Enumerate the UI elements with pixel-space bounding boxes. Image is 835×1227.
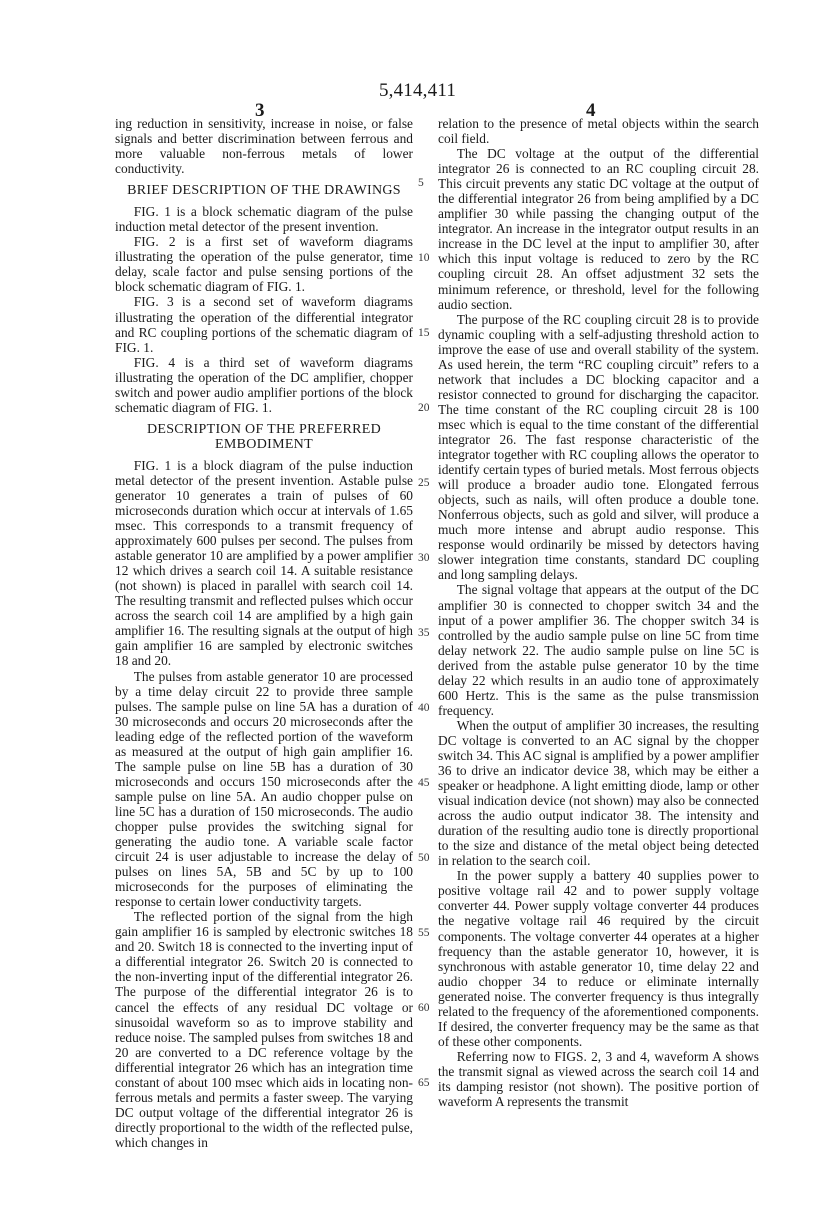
line-number: 55 <box>418 927 430 939</box>
section-heading-preferred-embodiment: DESCRIPTION OF THE PREFERRED EMBODIMENT <box>115 422 413 452</box>
continued-paragraph: ing reduction in sensitivity, increase i… <box>115 116 413 176</box>
body-paragraph: The signal voltage that appears at the o… <box>438 582 759 717</box>
line-number: 5 <box>418 177 424 189</box>
line-number: 20 <box>418 402 430 414</box>
line-number: 65 <box>418 1077 430 1089</box>
line-number: 45 <box>418 777 430 789</box>
figure-description: FIG. 4 is a third set of waveform diagra… <box>115 355 413 415</box>
figure-description: FIG. 2 is a first set of waveform diagra… <box>115 234 413 294</box>
body-paragraph: The DC voltage at the output of the diff… <box>438 146 759 312</box>
line-number: 60 <box>418 1002 430 1014</box>
right-text-column: relation to the presence of metal object… <box>438 116 759 1109</box>
figure-description: FIG. 1 is a block schematic diagram of t… <box>115 204 413 234</box>
figure-description: FIG. 3 is a second set of waveform diagr… <box>115 294 413 354</box>
line-number: 30 <box>418 552 430 564</box>
body-paragraph: In the power supply a battery 40 supplie… <box>438 868 759 1049</box>
line-number: 50 <box>418 852 430 864</box>
line-number: 25 <box>418 477 430 489</box>
section-heading-brief-description: BRIEF DESCRIPTION OF THE DRAWINGS <box>115 183 413 198</box>
line-number: 35 <box>418 627 430 639</box>
body-paragraph: The pulses from astable generator 10 are… <box>115 669 413 910</box>
line-number: 10 <box>418 252 430 264</box>
body-paragraph: The reflected portion of the signal from… <box>115 909 413 1150</box>
body-paragraph: FIG. 1 is a block diagram of the pulse i… <box>115 458 413 669</box>
body-paragraph: The purpose of the RC coupling circuit 2… <box>438 312 759 583</box>
patent-number: 5,414,411 <box>0 80 835 102</box>
continued-paragraph: relation to the presence of metal object… <box>438 116 759 146</box>
left-text-column: ing reduction in sensitivity, increase i… <box>115 116 413 1150</box>
body-paragraph: When the output of amplifier 30 increase… <box>438 718 759 868</box>
line-number: 40 <box>418 702 430 714</box>
body-paragraph: Referring now to FIGS. 2, 3 and 4, wavef… <box>438 1049 759 1109</box>
line-number: 15 <box>418 327 430 339</box>
